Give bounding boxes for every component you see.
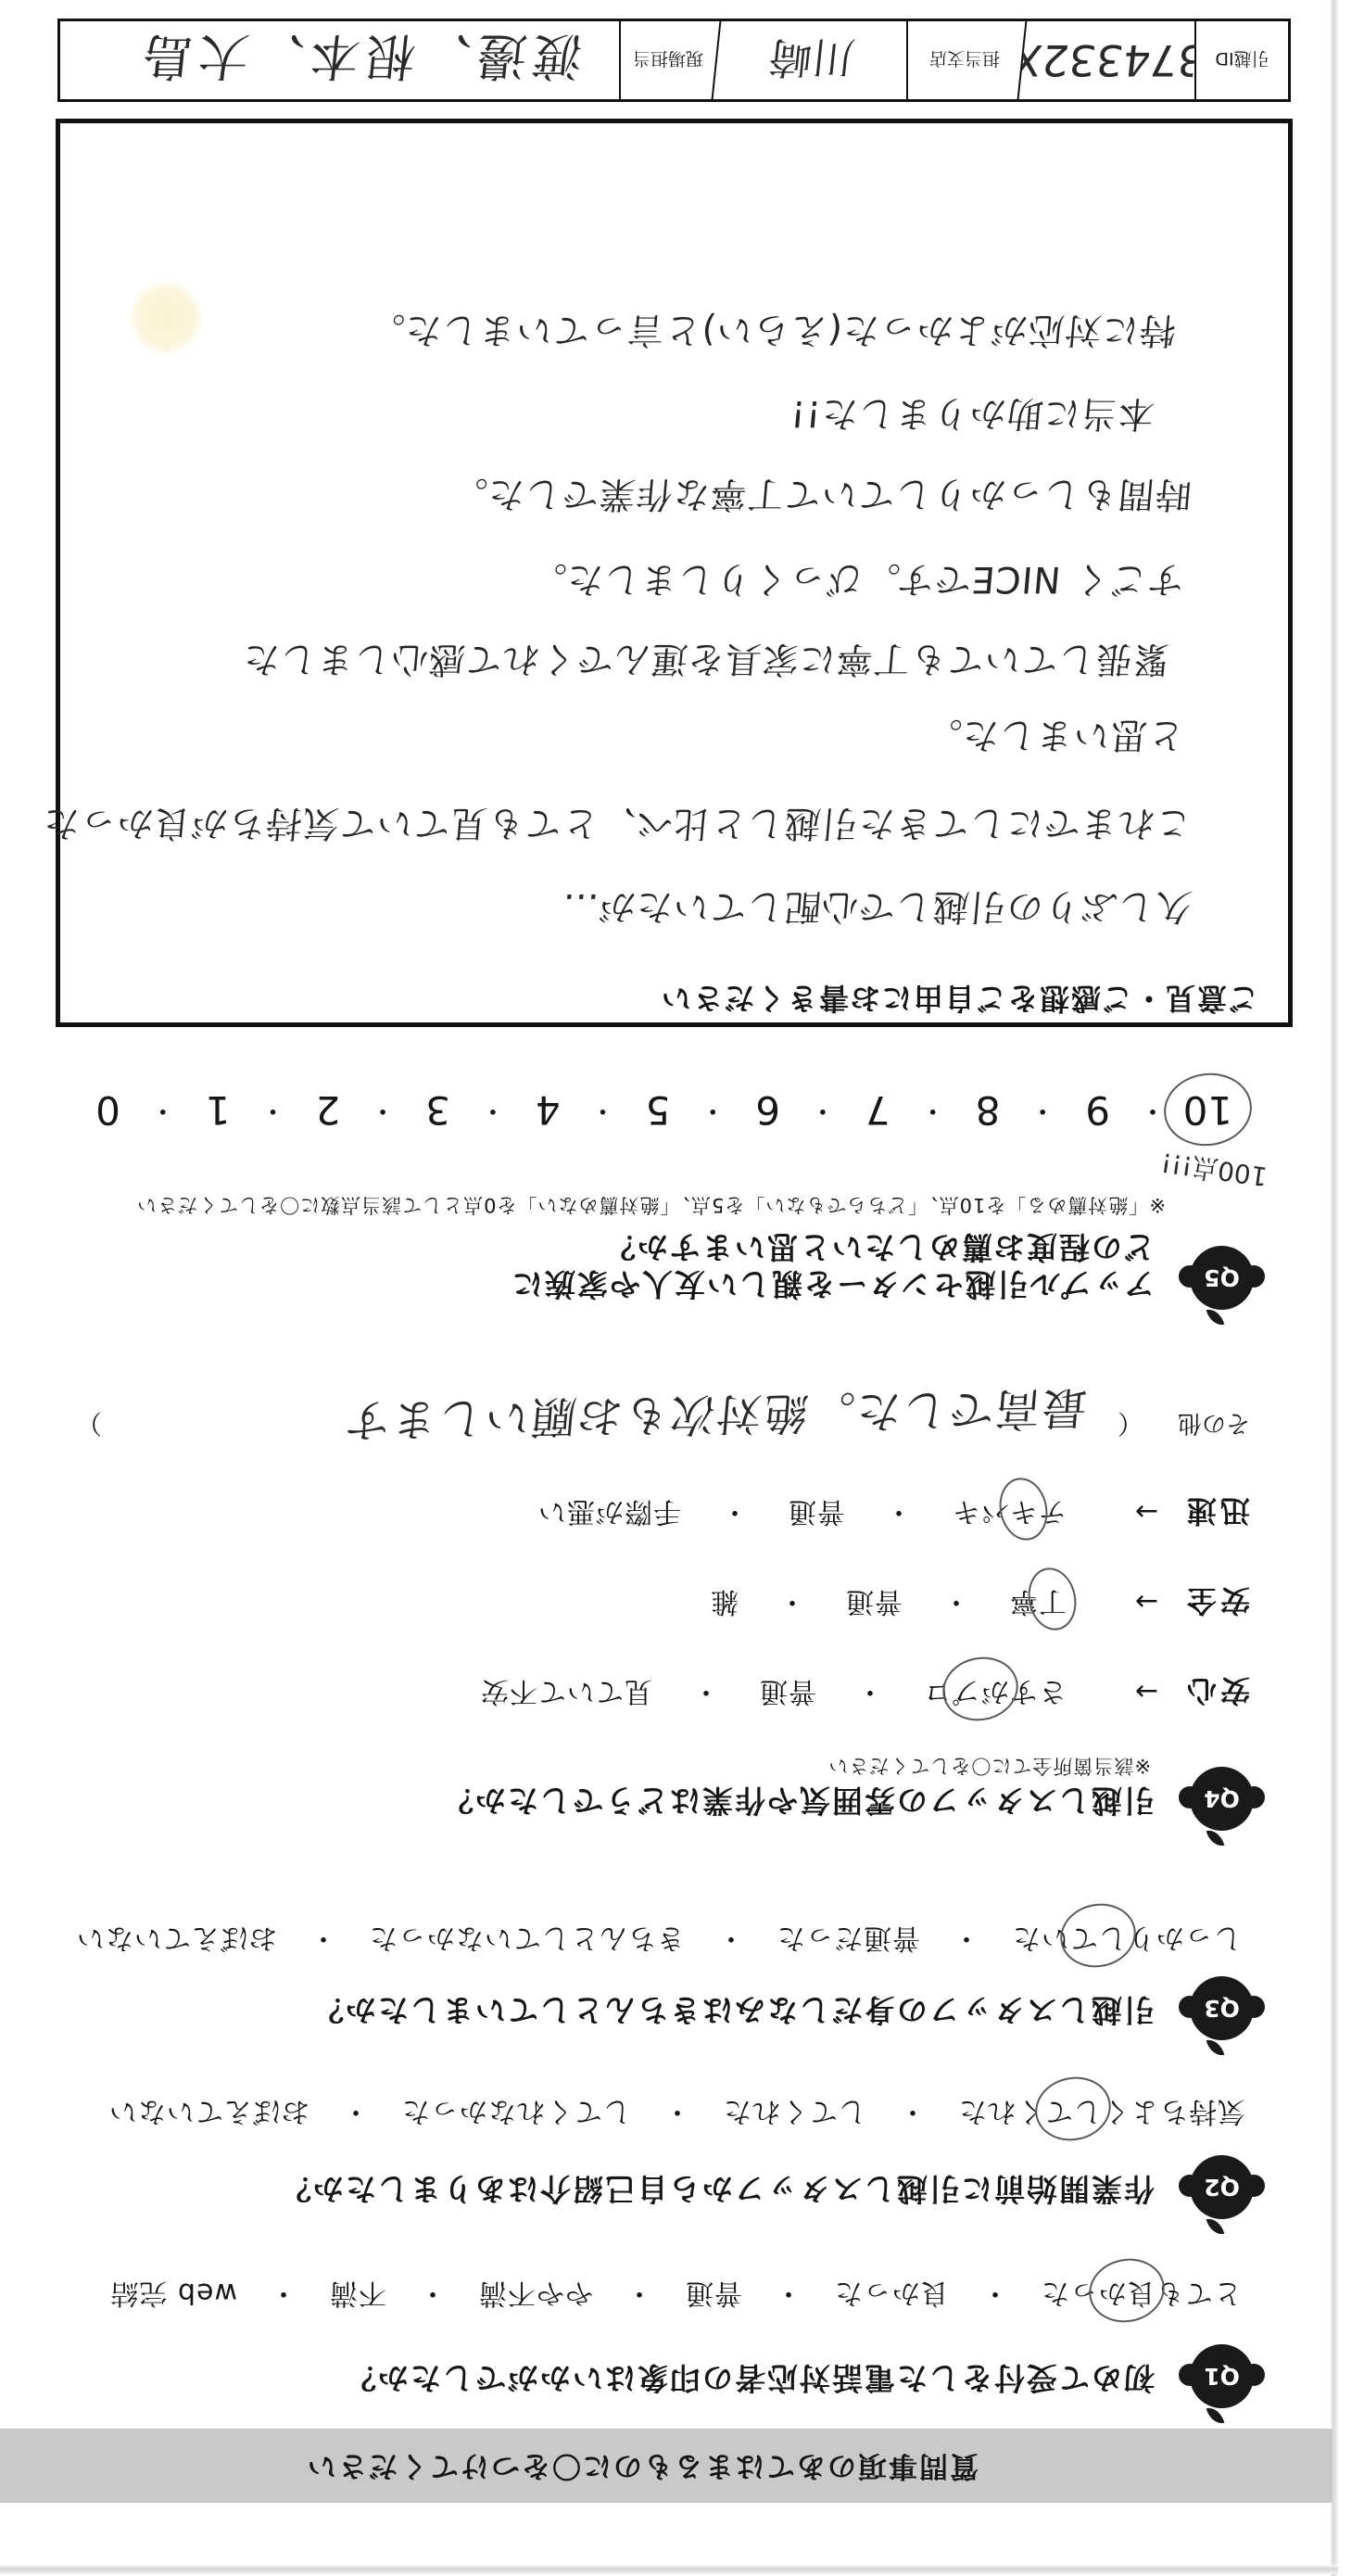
q3-option-1[interactable]: しっかりしていた [1012, 1919, 1242, 1956]
instruction-text: 質問事項のあてはまるものに〇をつけてください [306, 2447, 979, 2484]
arrow-right-icon: → [1067, 1582, 1158, 1619]
separator-dot: ・ [356, 1086, 410, 1133]
q4-row-1-option-2[interactable]: 普通 [759, 1672, 816, 1709]
score-8[interactable]: 8 [960, 1086, 1015, 1133]
comment-line-5: すごく NICEです。びっくりしました。 [527, 555, 1186, 602]
q3-number: Q3 [1190, 1976, 1254, 2040]
comment-line-7: 本当に助かりました!! [789, 389, 1157, 436]
q1-options: とても良かった・良かった・普通・やや不満・不満・web 完結 [109, 2274, 1242, 2311]
q1-option-2[interactable]: 良かった [834, 2274, 949, 2311]
score-5[interactable]: 5 [630, 1086, 685, 1133]
staff-label: 現場担当 [619, 21, 715, 99]
separator-dot: ・ [720, 1492, 749, 1529]
q3-option-3[interactable]: きちんとしていなかった [369, 1919, 685, 1956]
q4-note: ※該当箇所全てに〇をしてください [827, 1753, 1151, 1779]
arrow-right-icon: → [1067, 1492, 1158, 1529]
q4-row-1-options: さすがプロ・普通・見ていて不安 [480, 1672, 1067, 1709]
q2-options: 気持ちよくしてくれた・してくれた・してくれなかった・おぼえていない [108, 2092, 1245, 2129]
separator-dot: ・ [465, 1086, 520, 1133]
q1-option-6[interactable]: web 完結 [109, 2274, 237, 2311]
move-id-label: 引越ID [1194, 21, 1288, 99]
q4-row-1-option-1[interactable]: さすがプロ [923, 1672, 1067, 1709]
comment-line-6: 時間もしっかりしていて丁寧な作業でした。 [448, 470, 1193, 516]
q3-option-4[interactable]: おぼえていない [76, 1919, 277, 1956]
q4-other-paren-close: ） [76, 1404, 102, 1441]
separator-dot: ・ [135, 1086, 190, 1133]
q1-option-3[interactable]: 普通 [685, 2274, 742, 2311]
score-10[interactable]: 10 [1181, 1086, 1235, 1133]
instruction-banner: 質問事項のあてはまるものに〇をつけてください [0, 2429, 1332, 2503]
q4-question: 引越しスタッフの雰囲気や作業はどうでしたか？ [441, 1782, 1155, 1819]
score-2[interactable]: 2 [300, 1086, 355, 1133]
q1-option-5[interactable]: 不満 [329, 2274, 386, 2311]
separator-dot: ・ [691, 1672, 720, 1709]
separator-dot: ・ [774, 2274, 802, 2311]
q5-question-line2: どの程度お薦めしたいと思いますか？ [603, 1228, 1155, 1265]
branch-label: 担当支店 [906, 21, 1021, 99]
q4-badge: Q4 [1178, 1766, 1266, 1847]
separator-dot: ・ [1125, 1086, 1180, 1133]
separator-dot: ・ [1016, 1086, 1070, 1133]
separator-dot: ・ [716, 1919, 745, 1956]
q4-row-3: 迅速→テキパキ・普通・手際が悪い [480, 1440, 1250, 1529]
q4-row-2-options: 丁寧・普通・雑 [710, 1582, 1067, 1619]
q2-option-3[interactable]: してくれなかった [401, 2092, 631, 2129]
q1-option-1[interactable]: とても良かった [1041, 2274, 1242, 2311]
score-6[interactable]: 6 [740, 1086, 795, 1133]
q5-number: Q5 [1190, 1246, 1254, 1310]
separator-dot: ・ [980, 2274, 1009, 2311]
separator-dot: ・ [855, 1672, 884, 1709]
option-text: しっかり [1127, 1922, 1242, 1954]
q4-other-paren-open: （ [1118, 1404, 1143, 1441]
move-id-field[interactable]: 374332X [1017, 21, 1199, 99]
separator-dot: ・ [898, 2092, 927, 2129]
q2-badge: Q2 [1178, 2154, 1266, 2236]
q5-question-line1: アップル引越センターを親しい友人や家族に [511, 1265, 1155, 1302]
row-label: 迅速 [1158, 1492, 1250, 1529]
q2-option-2[interactable]: してくれた [723, 2092, 866, 2129]
survey-sheet: 質問事項のあてはまるものに〇をつけてください Q1 初めて受付をした電話対応者の… [0, 0, 1364, 2576]
circle-mark: 丁 [1038, 1582, 1067, 1619]
q5-handwritten-note: 100点!!! [1159, 1145, 1269, 1193]
q2-number: Q2 [1190, 2155, 1254, 2219]
q1-option-4[interactable]: やや不満 [478, 2274, 593, 2311]
score-4[interactable]: 4 [521, 1086, 575, 1133]
paper-stain [130, 281, 202, 355]
score-9[interactable]: 9 [1070, 1086, 1125, 1133]
staff-field[interactable]: 渡邊、根本、大島 [57, 21, 624, 99]
q4-row-3-options: テキパキ・普通・手際が悪い [537, 1492, 1067, 1529]
q4-rating-rows: 安心→さすがプロ・普通・見ていて不安安全→丁寧・普通・雑迅速→テキパキ・普通・手… [480, 1440, 1250, 1709]
q3-question: 引越しスタッフの身だしなみはきちんとしていましたか？ [311, 1991, 1155, 2028]
circle-mark: がプ [952, 1672, 1009, 1709]
separator-dot: ・ [663, 2092, 691, 2129]
circle-mark: して [1044, 2092, 1102, 2129]
branch-field[interactable]: 川崎 [712, 21, 911, 99]
arrow-right-icon: → [1067, 1672, 1158, 1709]
q2-option-1[interactable]: 気持ちよくしてくれた [958, 2092, 1245, 2129]
score-7[interactable]: 7 [851, 1086, 905, 1133]
separator-dot: ・ [941, 1582, 970, 1619]
separator-dot: ・ [269, 2274, 297, 2311]
q1-number: Q1 [1190, 2344, 1254, 2408]
separator-dot: ・ [952, 1919, 980, 1956]
q4-row-2-option-1[interactable]: 丁寧 [1009, 1582, 1067, 1619]
q4-row-2-option-2[interactable]: 普通 [845, 1582, 903, 1619]
row-label: 安全 [1158, 1582, 1250, 1619]
comment-box[interactable]: ご意見・ご感想をご自由にお書きください 久しぶりの引越しで心配していたが…これま… [56, 119, 1293, 1027]
q5-note: ※「絶対薦める」を10点、「どちらでもない」を5点、「絶対薦めない」を0点として… [136, 1192, 1166, 1218]
q4-row-3-option-3[interactable]: 手際が悪い [537, 1492, 681, 1529]
comment-line-1: 久しぶりの引越しで心配していたが… [560, 882, 1193, 929]
separator-dot: ・ [686, 1086, 740, 1133]
comment-line-3: と思いました。 [923, 711, 1186, 757]
comment-line-2: これまでにしてきた引越しと比べ、とても見ていて気持ちが良かった [41, 799, 1193, 845]
q4-other-label: その他 [1178, 1406, 1250, 1440]
q4-row-3-option-1[interactable]: テキパキ [952, 1492, 1067, 1529]
q3-option-2[interactable]: 普通だった [777, 1919, 920, 1956]
score-1[interactable]: 1 [190, 1086, 245, 1133]
row-label: 安心 [1158, 1672, 1250, 1709]
score-0[interactable]: 0 [81, 1086, 135, 1133]
q4-row-3-option-2[interactable]: 普通 [788, 1492, 845, 1529]
header-table: 引越ID 374332X 担当支店 川崎 現場担当 渡邊、根本、大島 [57, 19, 1291, 102]
separator-dot: ・ [884, 1492, 913, 1529]
q5-badge: Q5 [1178, 1245, 1266, 1326]
q5-score-scale: 10・9・8・7・6・5・4・3・2・1・0 [81, 1086, 1235, 1133]
option-text: とても [1156, 2277, 1242, 2309]
separator-dot: ・ [575, 1086, 630, 1133]
separator-dot: ・ [246, 1086, 300, 1133]
option-text: くれた [958, 2095, 1044, 2127]
q2-question: 作業開始前に引越しスタッフから自己紹介はありましたか？ [279, 2170, 1155, 2207]
separator-dot: ・ [777, 1582, 806, 1619]
circle-mark: 良か [1098, 2274, 1156, 2311]
q4-row-2: 安全→丁寧・普通・雑 [480, 1529, 1250, 1619]
q4-number: Q4 [1190, 1767, 1254, 1831]
separator-dot: ・ [309, 1919, 337, 1956]
comment-box-title: ご意見・ご感想をご自由にお書きください [660, 980, 1258, 1017]
circle-mark: キ [1009, 1492, 1038, 1529]
scan-page-edge-top [0, 2565, 1338, 2574]
q1-badge: Q1 [1178, 2343, 1266, 2425]
q2-option-4[interactable]: おぼえていない [108, 2092, 309, 2129]
separator-dot: ・ [905, 1086, 960, 1133]
q3-badge: Q3 [1178, 1975, 1266, 2057]
separator-dot: ・ [341, 2092, 370, 2129]
comment-line-8: 特に対応がよかった(えらい)と言っていました。 [365, 306, 1178, 352]
separator-dot: ・ [625, 2274, 653, 2311]
q4-row-2-option-3[interactable]: 雑 [710, 1582, 739, 1619]
separator-dot: ・ [795, 1086, 850, 1133]
scan-page-edge [1331, 0, 1338, 2576]
separator-dot: ・ [418, 2274, 447, 2311]
q1-question: 初めて受付をした電話対応者の印象はいかがでしたか？ [344, 2359, 1155, 2396]
option-text: 気持ちよく [1102, 2095, 1245, 2127]
score-3[interactable]: 3 [410, 1086, 465, 1133]
q3-options: しっかりしていた・普通だった・きちんとしていなかった・おぼえていない [76, 1919, 1242, 1956]
q4-row-1: 安心→さすがプロ・普通・見ていて不安 [480, 1619, 1250, 1709]
circle-mark: して [1069, 1919, 1127, 1956]
q4-row-1-option-3[interactable]: 見ていて不安 [480, 1672, 652, 1709]
comment-line-4: 緊張していても丁寧に家具を運んでくれて感心しました [241, 635, 1171, 681]
